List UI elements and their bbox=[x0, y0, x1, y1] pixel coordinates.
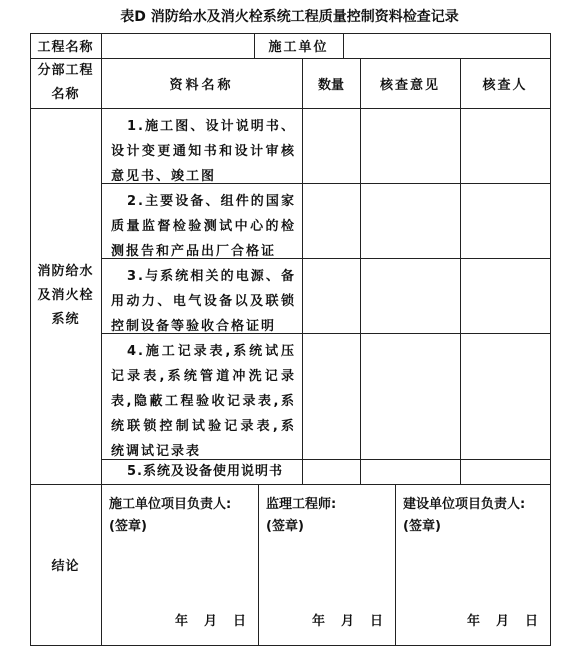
construction-unit-label: 施工单位 bbox=[254, 33, 343, 58]
signer-seal: (签章) bbox=[266, 516, 389, 538]
section-name-line1: 消防给水 bbox=[37, 260, 93, 284]
quantity-cell[interactable] bbox=[302, 108, 360, 183]
reviewer-cell[interactable] bbox=[460, 108, 550, 183]
divider bbox=[550, 33, 551, 645]
column-header-document-name: 资料名称 bbox=[101, 58, 302, 108]
sign-date: 年月日 bbox=[296, 611, 383, 633]
signature-block-supervisor[interactable]: 监理工程师: (签章) 年月日 bbox=[258, 484, 395, 645]
reviewer-cell[interactable] bbox=[460, 258, 550, 333]
signer-role: 监理工程师: bbox=[266, 494, 389, 516]
document-text: 2.主要设备、组件的国家质量监督检验测试中心的检测报告和产品出厂合格证 bbox=[111, 194, 296, 259]
reviewer-cell[interactable] bbox=[460, 183, 550, 258]
column-header-review-opinion: 核查意见 bbox=[360, 58, 460, 108]
document-text: 5.系统及设备使用说明书 bbox=[127, 464, 283, 479]
signature-block-construction[interactable]: 施工单位项目负责人: (签章) 年月日 bbox=[101, 484, 258, 645]
column-header-quantity: 数量 bbox=[302, 58, 360, 108]
review-opinion-cell[interactable] bbox=[360, 108, 460, 183]
document-text: 1.施工图、设计说明书、设计变更通知书和设计审核意见书、竣工图 bbox=[111, 119, 296, 184]
construction-unit-field[interactable] bbox=[343, 33, 550, 58]
document-row-4: 4.施工记录表,系统试压记录表,系统管道冲洗记录表,隐蔽工程验收记录表,系统联锁… bbox=[101, 333, 302, 459]
sign-date: 年月日 bbox=[159, 611, 246, 633]
signer-seal: (签章) bbox=[403, 516, 544, 538]
year-label: 年 bbox=[175, 614, 188, 629]
review-opinion-cell[interactable] bbox=[360, 459, 460, 484]
month-label: 月 bbox=[496, 614, 509, 629]
day-label: 日 bbox=[370, 614, 383, 629]
subproject-header-line2: 名称 bbox=[51, 83, 79, 107]
reviewer-cell[interactable] bbox=[460, 459, 550, 484]
month-label: 月 bbox=[204, 614, 217, 629]
quantity-cell[interactable] bbox=[302, 459, 360, 484]
document-row-3: 3.与系统相关的电源、备用动力、电气设备以及联锁控制设备等验收合格证明 bbox=[101, 258, 302, 333]
document-row-1: 1.施工图、设计说明书、设计变更通知书和设计审核意见书、竣工图 bbox=[101, 108, 302, 183]
subproject-header-line1: 分部工程 bbox=[37, 59, 93, 83]
year-label: 年 bbox=[467, 614, 480, 629]
document-text: 4.施工记录表,系统试压记录表,系统管道冲洗记录表,隐蔽工程验收记录表,系统联锁… bbox=[111, 344, 296, 459]
review-opinion-cell[interactable] bbox=[360, 333, 460, 459]
project-name-label: 工程名称 bbox=[30, 33, 101, 58]
reviewer-cell[interactable] bbox=[460, 333, 550, 459]
column-header-subproject: 分部工程 名称 bbox=[30, 58, 101, 108]
conclusion-label: 结论 bbox=[30, 484, 101, 645]
signer-role: 建设单位项目负责人: bbox=[403, 494, 544, 516]
quantity-cell[interactable] bbox=[302, 183, 360, 258]
divider bbox=[30, 645, 551, 646]
quantity-cell[interactable] bbox=[302, 333, 360, 459]
document-text: 3.与系统相关的电源、备用动力、电气设备以及联锁控制设备等验收合格证明 bbox=[111, 269, 296, 334]
signature-block-owner[interactable]: 建设单位项目负责人: (签章) 年月日 bbox=[395, 484, 550, 645]
document-row-5: 5.系统及设备使用说明书 bbox=[101, 459, 302, 484]
signer-role: 施工单位项目负责人: bbox=[109, 494, 252, 516]
day-label: 日 bbox=[233, 614, 246, 629]
month-label: 月 bbox=[341, 614, 354, 629]
quantity-cell[interactable] bbox=[302, 258, 360, 333]
project-name-field[interactable] bbox=[101, 33, 254, 58]
review-opinion-cell[interactable] bbox=[360, 183, 460, 258]
subproject-name-cell: 消防给水 及消火栓 系统 bbox=[30, 108, 101, 484]
section-name-line3: 系统 bbox=[51, 308, 79, 332]
signer-seal: (签章) bbox=[109, 516, 252, 538]
review-opinion-cell[interactable] bbox=[360, 258, 460, 333]
page-title: 表D 消防给水及消火栓系统工程质量控制资料检查记录 bbox=[0, 6, 579, 26]
year-label: 年 bbox=[312, 614, 325, 629]
section-name-line2: 及消火栓 bbox=[37, 284, 93, 308]
column-header-reviewer: 核查人 bbox=[460, 58, 550, 108]
document-row-2: 2.主要设备、组件的国家质量监督检验测试中心的检测报告和产品出厂合格证 bbox=[101, 183, 302, 258]
day-label: 日 bbox=[525, 614, 538, 629]
sign-date: 年月日 bbox=[451, 611, 538, 633]
